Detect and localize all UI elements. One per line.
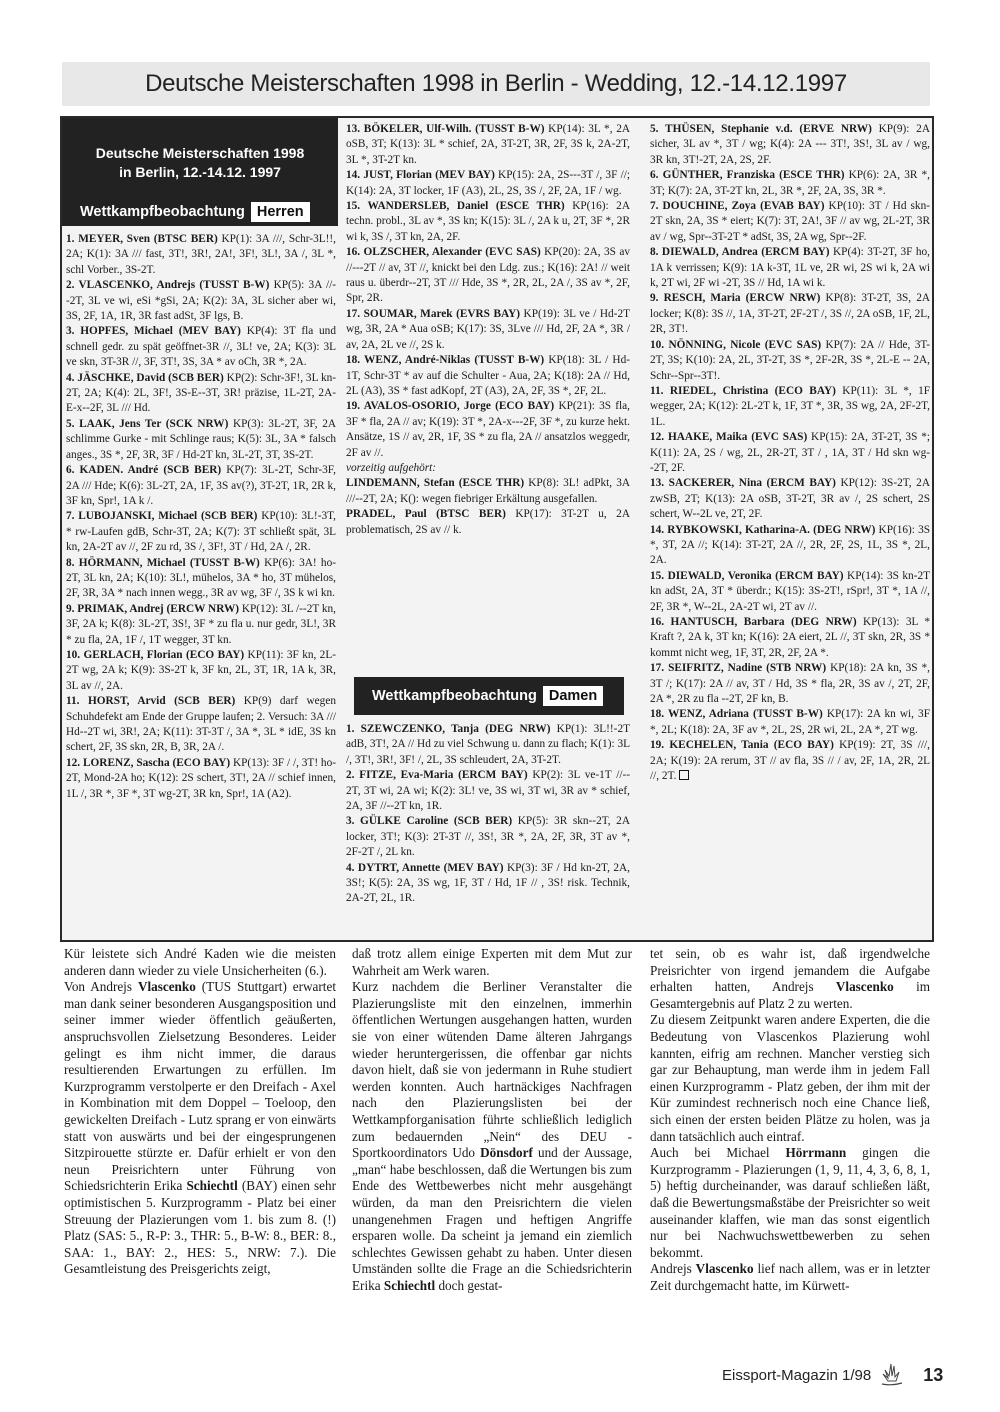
article-col-2: daß trotz allem einige Experten mit dem … xyxy=(352,946,632,1294)
herren-col-1: 1. MEYER, Sven (BTSC BER) KP(1): 3A ///,… xyxy=(66,232,336,802)
result-entry: 11. HORST, Arvid (SCB BER) KP(9) darf we… xyxy=(66,694,336,756)
athlete-name: 12. HAAKE, Maika (EVC SAS) xyxy=(650,431,807,443)
athlete-name: 15. DIEWALD, Veronika (ERCM BAY) xyxy=(650,570,844,582)
damen-col-2: 5. THÜSEN, Stephanie v.d. (ERVE NRW) KP(… xyxy=(650,122,930,784)
bold-name: Schiechtl xyxy=(186,1178,237,1193)
athlete-name: 11. HORST, Arvid (SCB BER) xyxy=(66,695,235,707)
result-entry: 12. LORENZ, Sascha (ECO BAY) KP(13): 3F … xyxy=(66,756,336,802)
result-entry: 18. WENZ, Adriana (TUSST B-W) KP(17): 2A… xyxy=(650,707,930,738)
box-title-line2: in Berlin, 12.-14.12. 1997 xyxy=(62,163,338,182)
page-footer: Eissport-Magazin 1/98 13 xyxy=(722,1362,943,1388)
article-paragraph: tet sein, ob es wahr ist, daß irgendwelc… xyxy=(650,946,930,1012)
text-run: und der Aussage, „man“ habe beschlossen,… xyxy=(352,1145,632,1293)
article-paragraph: Zu diesem Zeitpunkt waren andere Experte… xyxy=(650,1012,930,1145)
damen-col-1: 1. SZEWCZENKO, Tanja (DEG NRW) KP(1): 3L… xyxy=(346,722,630,907)
result-entry: 4. JÄSCHKE, David (SCB BER) KP(2): Schr-… xyxy=(66,371,336,417)
result-entry: 7. LUBOJANSKI, Michael (SCB BER) KP(10):… xyxy=(66,509,336,555)
article-paragraph: Kurz nachdem die Berliner Veranstalter d… xyxy=(352,979,632,1294)
result-entry: 15. WANDERSLEB, Daniel (ESCE THR) KP(16)… xyxy=(346,199,630,245)
result-entry: 12. HAAKE, Maika (EVC SAS) KP(15): 2A, 3… xyxy=(650,430,930,476)
athlete-name: 13. SACKERER, Nina (ERCM BAY) xyxy=(650,477,836,489)
article-col-1: Kür leistete sich André Kaden wie die me… xyxy=(64,946,336,1278)
athlete-name: 10. NÖNNING, Nicole (EVC SAS) xyxy=(650,339,821,351)
article-col-3: tet sein, ob es wahr ist, daß irgendwelc… xyxy=(650,946,930,1294)
article-paragraph: Auch bei Michael Hörrmann gingen die Kur… xyxy=(650,1145,930,1261)
section-label: Wettkampfbeobachtung xyxy=(80,204,245,220)
text-run: Von Andrejs xyxy=(64,979,138,994)
athlete-name: 14. JUST, Florian (MEV BAY) xyxy=(346,169,495,181)
result-entry: 3. HOPFES, Michael (MEV BAY) KP(4): 3T f… xyxy=(66,324,336,370)
result-entry: 6. KADEN. André (SCB BER) KP(7): 3L-2T, … xyxy=(66,463,336,509)
text-run: (TUS Stuttgart) erwartet man dank seiner… xyxy=(64,979,336,1193)
athlete-name: 18. WENZ, André-Niklas (TUSST B-W) xyxy=(346,354,544,366)
text-run: doch gestat- xyxy=(435,1278,502,1293)
page-banner: Deutsche Meisterschaften 1998 in Berlin … xyxy=(62,62,930,106)
result-entry: 8. HÖRMANN, Michael (TUSST B-W) KP(6): 3… xyxy=(66,556,336,602)
text-run: Zu diesem Zeitpunkt waren andere Experte… xyxy=(650,1012,930,1143)
box-title: Deutsche Meisterschaften 1998 in Berlin,… xyxy=(62,144,338,182)
athlete-name: 1. MEYER, Sven (BTSC BER) xyxy=(66,233,218,245)
result-entry: 16. OLZSCHER, Alexander (EVC SAS) KP(20)… xyxy=(346,245,630,307)
result-entry: 5. THÜSEN, Stephanie v.d. (ERVE NRW) KP(… xyxy=(650,122,930,168)
page-number: 13 xyxy=(923,1365,943,1386)
result-entry: 19. KECHELEN, Tania (ECO BAY) KP(19): 2T… xyxy=(650,738,930,784)
result-entry: 15. DIEWALD, Veronika (ERCM BAY) KP(14):… xyxy=(650,569,930,615)
athlete-name: 6. GÜNTHER, Franziska (ESCE THR) xyxy=(650,169,845,181)
athlete-name: 2. FITZE, Eva-Maria (ERCM BAY) xyxy=(346,769,528,781)
results-header-herren: Deutsche Meisterschaften 1998 in Berlin,… xyxy=(62,118,338,226)
article-paragraph: Andrejs Vlascenko lief nach allem, was e… xyxy=(650,1261,930,1294)
text-run: Andrejs xyxy=(650,1261,696,1276)
result-entry: PRADEL, Paul (BTSC BER) KP(17): 3T-2T u,… xyxy=(346,507,630,538)
result-entry: 1. MEYER, Sven (BTSC BER) KP(1): 3A ///,… xyxy=(66,232,336,278)
box-title-line1: Deutsche Meisterschaften 1998 xyxy=(62,144,338,163)
athlete-name: PRADEL, Paul (BTSC BER) xyxy=(346,508,506,520)
athlete-name: 13. BÖKELER, Ulf-Wilh. (TUSST B-W) xyxy=(346,123,545,135)
athlete-name: 10. GERLACH, Florian (ECO BAY) xyxy=(66,649,244,661)
result-entry: 18. WENZ, André-Niklas (TUSST B-W) KP(18… xyxy=(346,353,630,399)
athlete-name: 9. PRIMAK, Andrej (ERCW NRW) xyxy=(66,603,239,615)
herren-chip: Herren xyxy=(251,202,310,222)
bold-name: Vlascenko xyxy=(836,979,894,994)
athlete-name: 11. RIEDEL, Christina (ECO BAY) xyxy=(650,385,836,397)
athlete-name: 6. KADEN. André (SCB BER) xyxy=(66,464,221,476)
text-run: gingen die Kurzprogramm - Plazierungen (… xyxy=(650,1145,930,1260)
section-label: Wettkampfbeobachtung xyxy=(372,688,537,704)
result-entry: 17. SOUMAR, Marek (EVRS BAY) KP(19): 3L … xyxy=(346,307,630,353)
result-entry: 7. DOUCHINE, Zoya (EVAB BAY) KP(10): 3T … xyxy=(650,199,930,245)
result-entry: LINDEMANN, Stefan (ESCE THR) KP(8): 3L! … xyxy=(346,476,630,507)
result-entry: 2. FITZE, Eva-Maria (ERCM BAY) KP(2): 3L… xyxy=(346,768,630,814)
text-run: daß trotz allem einige Experten mit dem … xyxy=(352,946,632,978)
bold-name: Vlascenko xyxy=(696,1261,754,1276)
athlete-name: 7. LUBOJANSKI, Michael (SCB BER) xyxy=(66,510,257,522)
result-entry: 14. JUST, Florian (MEV BAY) KP(15): 2A, … xyxy=(346,168,630,199)
bold-name: Dönsdorf xyxy=(480,1145,533,1160)
athlete-name: 8. DIEWALD, Andrea (ERCM BAY) xyxy=(650,246,830,258)
result-entry: 14. RYBKOWSKI, Katharina-A. (DEG NRW) KP… xyxy=(650,523,930,569)
article-paragraph: daß trotz allem einige Experten mit dem … xyxy=(352,946,632,979)
article-paragraph: Von Andrejs Vlascenko (TUS Stuttgart) er… xyxy=(64,979,336,1278)
herren-col-2: 13. BÖKELER, Ulf-Wilh. (TUSST B-W) KP(14… xyxy=(346,122,630,538)
result-entry: 9. PRIMAK, Andrej (ERCW NRW) KP(12): 3L … xyxy=(66,602,336,648)
text-run: Kür leistete sich André Kaden wie die me… xyxy=(64,946,336,978)
athlete-name: 1. SZEWCZENKO, Tanja (DEG NRW) xyxy=(346,723,551,735)
result-entry: 10. NÖNNING, Nicole (EVC SAS) KP(7): 2A … xyxy=(650,338,930,384)
athlete-name: 15. WANDERSLEB, Daniel (ESCE THR) xyxy=(346,200,565,212)
result-entry: 2. VLASCENKO, Andrejs (TUSST B-W) KP(5):… xyxy=(66,278,336,324)
text-run: Auch bei Michael xyxy=(650,1145,785,1160)
athlete-name: 9. RESCH, Maria (ERCW NRW) xyxy=(650,292,820,304)
athlete-name: 2. VLASCENKO, Andrejs (TUSST B-W) xyxy=(66,279,269,291)
bold-name: Schiechtl xyxy=(384,1278,435,1293)
athlete-name: 4. JÄSCHKE, David (SCB BER) xyxy=(66,372,224,384)
athlete-name: LINDEMANN, Stefan (ESCE THR) xyxy=(346,477,524,489)
athlete-name: 5. LAAK, Jens Ter (SCK NRW) xyxy=(66,418,228,430)
result-entry: 1. SZEWCZENKO, Tanja (DEG NRW) KP(1): 3L… xyxy=(346,722,630,768)
section-label-row: WettkampfbeobachtungDamen xyxy=(372,686,603,706)
athlete-name: 19. AVALOS-OSORIO, Jorge (ECO BAY) xyxy=(346,400,554,412)
athlete-name: 16. OLZSCHER, Alexander (EVC SAS) xyxy=(346,246,541,258)
result-entry: 13. SACKERER, Nina (ERCM BAY) KP(12): 3S… xyxy=(650,476,930,522)
athlete-name: 8. HÖRMANN, Michael (TUSST B-W) xyxy=(66,557,260,569)
magazine-name: Eissport-Magazin 1/98 xyxy=(722,1367,871,1384)
result-entry: 4. DYTRT, Annette (MEV BAY) KP(3): 3F / … xyxy=(346,861,630,907)
result-entry: 13. BÖKELER, Ulf-Wilh. (TUSST B-W) KP(14… xyxy=(346,122,630,168)
result-entry: 19. AVALOS-OSORIO, Jorge (ECO BAY) KP(21… xyxy=(346,399,630,461)
result-entry: 6. GÜNTHER, Franziska (ESCE THR) KP(6): … xyxy=(650,168,930,199)
result-entry: 11. RIEDEL, Christina (ECO BAY) KP(11): … xyxy=(650,384,930,430)
result-entry: 10. GERLACH, Florian (ECO BAY) KP(11): 3… xyxy=(66,648,336,694)
end-mark-icon xyxy=(679,770,689,780)
bold-name: Vlascenko xyxy=(138,979,196,994)
text-run: Kurz nachdem die Berliner Veranstalter d… xyxy=(352,979,632,1160)
article-paragraph: Kür leistete sich André Kaden wie die me… xyxy=(64,946,336,979)
athlete-name: 19. KECHELEN, Tania (ECO BAY) xyxy=(650,739,834,751)
athlete-name: 12. LORENZ, Sascha (ECO BAY) xyxy=(66,757,230,769)
athlete-name: 5. THÜSEN, Stephanie v.d. (ERVE NRW) xyxy=(650,123,872,135)
result-entry: 9. RESCH, Maria (ERCW NRW) KP(8): 3T-2T,… xyxy=(650,291,930,337)
result-entry: 16. HANTUSCH, Barbara (DEG NRW) KP(13): … xyxy=(650,615,930,661)
withdrawn-label: vorzeitig aufgehört: xyxy=(346,461,630,476)
athlete-name: 3. GÜLKE Caroline (SCB BER) xyxy=(346,815,512,827)
athlete-name: 14. RYBKOWSKI, Katharina-A. (DEG NRW) xyxy=(650,524,875,536)
damen-chip: Damen xyxy=(543,686,603,706)
athlete-name: 16. HANTUSCH, Barbara (DEG NRW) xyxy=(650,616,857,628)
section-label-row: WettkampfbeobachtungHerren xyxy=(80,202,310,222)
athlete-name: 7. DOUCHINE, Zoya (EVAB BAY) xyxy=(650,200,824,212)
result-entry: 5. LAAK, Jens Ter (SCK NRW) KP(3): 3L-2T… xyxy=(66,417,336,463)
result-entry: 3. GÜLKE Caroline (SCB BER) KP(5): 3R sk… xyxy=(346,814,630,860)
bold-name: Hörrmann xyxy=(785,1145,846,1160)
result-entry: 17. SEIFRITZ, Nadine (STB NRW) KP(18): 2… xyxy=(650,661,930,707)
athlete-name: 18. WENZ, Adriana (TUSST B-W) xyxy=(650,708,823,720)
result-entry: 8. DIEWALD, Andrea (ERCM BAY) KP(4): 3T-… xyxy=(650,245,930,291)
banner-title: Deutsche Meisterschaften 1998 in Berlin … xyxy=(145,70,847,97)
athlete-name: 17. SEIFRITZ, Nadine (STB NRW) xyxy=(650,662,826,674)
athlete-name: 17. SOUMAR, Marek (EVRS BAY) xyxy=(346,308,520,320)
athlete-name: 4. DYTRT, Annette (MEV BAY) xyxy=(346,862,504,874)
skater-logo-icon xyxy=(879,1362,905,1388)
athlete-name: 3. HOPFES, Michael (MEV BAY) xyxy=(66,325,241,337)
results-header-damen: WettkampfbeobachtungDamen xyxy=(354,677,624,715)
